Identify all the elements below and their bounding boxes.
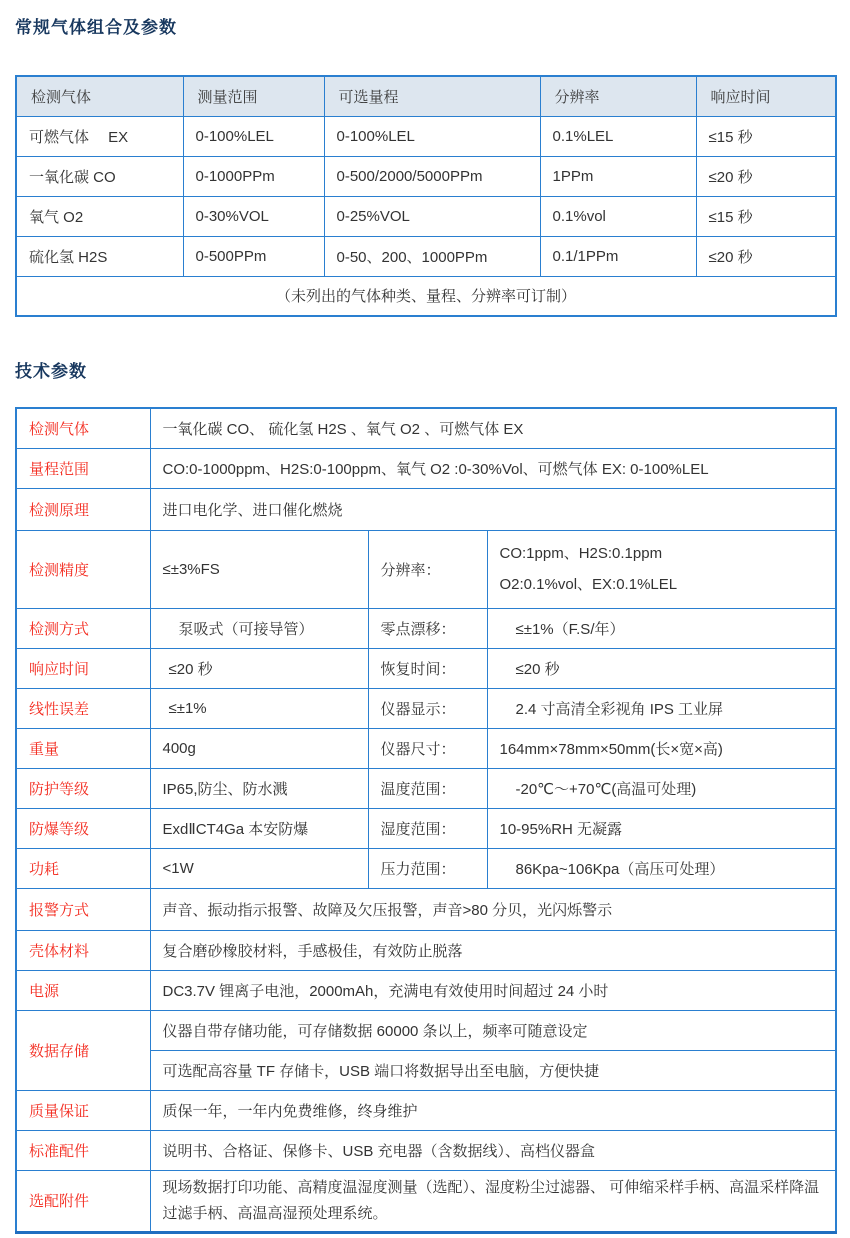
table-row: 数据存储 仪器自带存储功能，可存储数据 60000 条以上，频率可随意设定	[16, 1010, 836, 1050]
gas-combo-section-title: 常规气体组合及参数	[15, 0, 835, 40]
spec-sub-label: 零点漂移：	[368, 608, 487, 648]
resolution: 0.1%vol	[540, 196, 696, 236]
gas-name: 氧气 O2	[16, 196, 183, 236]
spec-value: 400g	[150, 728, 368, 768]
spec-sub-label: 温度范围：	[368, 768, 487, 808]
header-response-time: 响应时间	[696, 76, 836, 116]
spec-sheet-page: 常规气体组合及参数 检测气体 测量范围 可选量程 分辨率 响应时间 可燃气体 E…	[0, 0, 850, 1234]
spec-value: 说明书、合格证、保修卡、USB 充电器（含数据线）、高档仪器盒	[150, 1130, 836, 1170]
table-row-ex: 可燃气体 EX 0-100%LEL 0-100%LEL 0.1%LEL ≤15 …	[16, 116, 836, 156]
gas-name: 硫化氢 H2S	[16, 236, 183, 276]
spec-sub-value: 164mm×78mm×50mm(长×宽×高)	[487, 728, 836, 768]
header-optional-range: 可选量程	[324, 76, 540, 116]
optional-range: 0-100%LEL	[324, 116, 540, 156]
spec-label: 检测原理	[16, 488, 150, 530]
table-row-o2: 氧气 O2 0-30%VOL 0-25%VOL 0.1%vol ≤15 秒	[16, 196, 836, 236]
table-row: 报警方式 声音、振动指示报警、故障及欠压报警，声音>80 分贝，光闪烁警示	[16, 888, 836, 930]
table-row: 标准配件 说明书、合格证、保修卡、USB 充电器（含数据线）、高档仪器盒	[16, 1130, 836, 1170]
measure-range: 0-500PPm	[183, 236, 324, 276]
spec-sub-value: 86Kpa~106Kpa（高压可处理）	[487, 848, 836, 888]
measure-range: 0-100%LEL	[183, 116, 324, 156]
table-row: 重量 400g 仪器尺寸： 164mm×78mm×50mm(长×宽×高)	[16, 728, 836, 768]
table-row: 壳体材料 复合磨砂橡胶材料，手感极佳，有效防止脱落	[16, 930, 836, 970]
spec-value: ≤±3%FS	[150, 530, 368, 608]
spec-sub-label: 仪器尺寸：	[368, 728, 487, 768]
spec-label: 标准配件	[16, 1130, 150, 1170]
table-row: 电源 DC3.7V 锂离子电池，2000mAh，充满电有效使用时间超过 24 小…	[16, 970, 836, 1010]
gas-combination-table: 检测气体 测量范围 可选量程 分辨率 响应时间 可燃气体 EX 0-100%LE…	[15, 75, 837, 317]
resolution-line-1: CO:1ppm、H2S:0.1ppm	[500, 543, 824, 565]
response-time: ≤20 秒	[696, 156, 836, 196]
gas-name: 可燃气体 EX	[16, 116, 183, 156]
spec-value: CO:0-1000ppm、H2S:0-100ppm、氧气 O2 :0-30%Vo…	[150, 448, 836, 488]
table-row: 防护等级 IP65,防尘、防水溅 温度范围： -20℃～+70℃(高温可处理)	[16, 768, 836, 808]
spec-sub-label: 压力范围：	[368, 848, 487, 888]
spec-value: ≤20 秒	[150, 648, 368, 688]
spec-value: 进口电化学、进口催化燃烧	[150, 488, 836, 530]
spec-label: 响应时间	[16, 648, 150, 688]
table-row: 检测气体 一氧化碳 CO、 硫化氢 H2S 、氧气 O2 、可燃气体 EX	[16, 408, 836, 448]
spec-value: 一氧化碳 CO、 硫化氢 H2S 、氧气 O2 、可燃气体 EX	[150, 408, 836, 448]
technical-parameters-table: 检测气体 一氧化碳 CO、 硫化氢 H2S 、氧气 O2 、可燃气体 EX 量程…	[15, 407, 837, 1234]
spec-value: ExdⅡCT4Ga 本安防爆	[150, 808, 368, 848]
spec-label: 重量	[16, 728, 150, 768]
spec-sub-value: ≤20 秒	[487, 648, 836, 688]
table-row: 量程范围 CO:0-1000ppm、H2S:0-100ppm、氧气 O2 :0-…	[16, 448, 836, 488]
resolution-line-2: O2:0.1%vol、EX:0.1%LEL	[500, 574, 824, 596]
spec-label: 线性误差	[16, 688, 150, 728]
table-row: 响应时间 ≤20 秒 恢复时间： ≤20 秒	[16, 648, 836, 688]
spec-sub-label: 分辨率：	[368, 530, 487, 608]
resolution: 1PPm	[540, 156, 696, 196]
spec-sub-label: 仪器显示：	[368, 688, 487, 728]
spec-label: 报警方式	[16, 888, 150, 930]
spec-label: 选配附件	[16, 1170, 150, 1232]
spec-sub-value: 10-95%RH 无凝露	[487, 808, 836, 848]
optional-range: 0-500/2000/5000PPm	[324, 156, 540, 196]
optional-range: 0-25%VOL	[324, 196, 540, 236]
table-row: 功耗 <1W 压力范围： 86Kpa~106Kpa（高压可处理）	[16, 848, 836, 888]
tech-params-section-title: 技术参数	[15, 317, 835, 384]
spec-value: <1W	[150, 848, 368, 888]
measure-range: 0-30%VOL	[183, 196, 324, 236]
resolution: 0.1/1PPm	[540, 236, 696, 276]
spec-label: 检测精度	[16, 530, 150, 608]
spec-sub-value: CO:1ppm、H2S:0.1ppm O2:0.1%vol、EX:0.1%LEL	[487, 530, 836, 608]
table-row: 线性误差 ≤±1% 仪器显示： 2.4 寸高清全彩视角 IPS 工业屏	[16, 688, 836, 728]
spec-label: 质量保证	[16, 1090, 150, 1130]
spec-value-storage-1: 仪器自带存储功能，可存储数据 60000 条以上，频率可随意设定	[150, 1010, 836, 1050]
table-row: 检测方式 泵吸式（可接导管） 零点漂移： ≤±1%（F.S/年）	[16, 608, 836, 648]
spec-label: 防爆等级	[16, 808, 150, 848]
table-row: 防爆等级 ExdⅡCT4Ga 本安防爆 湿度范围： 10-95%RH 无凝露	[16, 808, 836, 848]
table-row: 质量保证 质保一年，一年内免费维修，终身维护	[16, 1090, 836, 1130]
optional-range: 0-50、200、1000PPm	[324, 236, 540, 276]
table-row-h2s: 硫化氢 H2S 0-500PPm 0-50、200、1000PPm 0.1/1P…	[16, 236, 836, 276]
response-time: ≤15 秒	[696, 196, 836, 236]
spec-value-storage-2: 可选配高容量 TF 存储卡，USB 端口将数据导出至电脑，方便快捷	[150, 1050, 836, 1090]
response-time: ≤15 秒	[696, 116, 836, 156]
spec-label: 数据存储	[16, 1010, 150, 1090]
measure-range: 0-1000PPm	[183, 156, 324, 196]
spec-value: ≤±1%	[150, 688, 368, 728]
response-time: ≤20 秒	[696, 236, 836, 276]
resolution: 0.1%LEL	[540, 116, 696, 156]
spec-value: DC3.7V 锂离子电池，2000mAh，充满电有效使用时间超过 24 小时	[150, 970, 836, 1010]
table-row: 选配附件 现场数据打印功能、高精度温湿度测量（选配）、湿度粉尘过滤器、 可伸缩采…	[16, 1170, 836, 1232]
table-row-co: 一氧化碳 CO 0-1000PPm 0-500/2000/5000PPm 1PP…	[16, 156, 836, 196]
spec-label: 检测气体	[16, 408, 150, 448]
spec-value: 现场数据打印功能、高精度温湿度测量（选配）、湿度粉尘过滤器、 可伸缩采样手柄、高…	[150, 1170, 836, 1232]
spec-label: 电源	[16, 970, 150, 1010]
spec-value: 复合磨砂橡胶材料，手感极佳，有效防止脱落	[150, 930, 836, 970]
spec-sub-label: 恢复时间：	[368, 648, 487, 688]
table-row: 检测精度 ≤±3%FS 分辨率： CO:1ppm、H2S:0.1ppm O2:0…	[16, 530, 836, 608]
spec-value: IP65,防尘、防水溅	[150, 768, 368, 808]
table-row-footnote: （未列出的气体种类、量程、分辨率可订制）	[16, 276, 836, 316]
spec-sub-value: -20℃～+70℃(高温可处理)	[487, 768, 836, 808]
spec-label: 防护等级	[16, 768, 150, 808]
spec-sub-label: 湿度范围：	[368, 808, 487, 848]
header-detect-gas: 检测气体	[16, 76, 183, 116]
custom-order-note: （未列出的气体种类、量程、分辨率可订制）	[16, 276, 836, 316]
gas-name: 一氧化碳 CO	[16, 156, 183, 196]
header-measure-range: 测量范围	[183, 76, 324, 116]
spec-label: 功耗	[16, 848, 150, 888]
spec-sub-value: 2.4 寸高清全彩视角 IPS 工业屏	[487, 688, 836, 728]
gas-table-header-row: 检测气体 测量范围 可选量程 分辨率 响应时间	[16, 76, 836, 116]
spec-value: 泵吸式（可接导管）	[150, 608, 368, 648]
header-resolution: 分辨率	[540, 76, 696, 116]
spec-label: 检测方式	[16, 608, 150, 648]
spec-label: 壳体材料	[16, 930, 150, 970]
table-row: 检测原理 进口电化学、进口催化燃烧	[16, 488, 836, 530]
spec-value: 声音、振动指示报警、故障及欠压报警，声音>80 分贝，光闪烁警示	[150, 888, 836, 930]
spec-value: 质保一年，一年内免费维修，终身维护	[150, 1090, 836, 1130]
spec-sub-value: ≤±1%（F.S/年）	[487, 608, 836, 648]
spec-label: 量程范围	[16, 448, 150, 488]
